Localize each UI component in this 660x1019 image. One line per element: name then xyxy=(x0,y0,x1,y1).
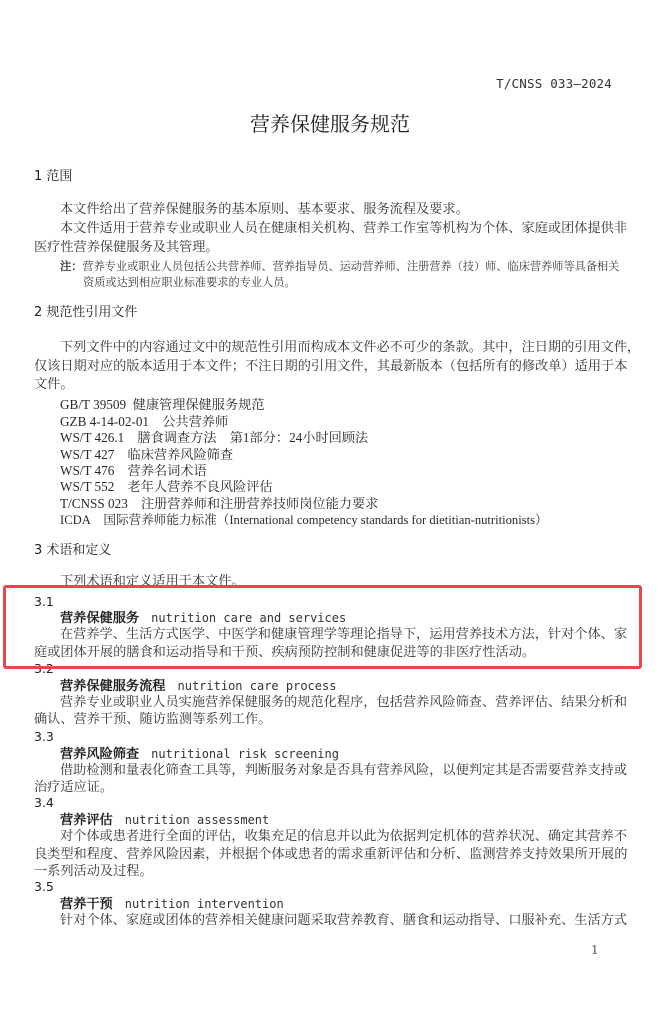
reference-item: GB/T 39509 健康管理保健服务规范 xyxy=(60,398,265,411)
reference-item: GZB 4-14-02-01 公共营养师 xyxy=(60,415,228,428)
term-english: nutrition intervention xyxy=(125,897,284,911)
reference-title: 健康管理保健服务规范 xyxy=(133,398,265,411)
paragraph-line: 医疗性营养保健服务及其管理。 xyxy=(34,241,219,254)
reference-item: ICDA 国际营养师能力标准（International competency … xyxy=(60,514,548,527)
reference-code: GZB 4-14-02-01 xyxy=(60,415,149,428)
paragraph-line: 下列术语和定义适用于本文件。 xyxy=(60,575,245,588)
definition-line: 针对个体、家庭或团体的营养相关健康问题采取营养教育、膳食和运动指导、口服补充、生… xyxy=(60,914,612,927)
reference-code: WS/T 476 xyxy=(60,464,114,477)
paragraph-line: 仅该日期对应的版本适用于本文件；不注日期的引用文件，其最新版本（包括所有的修改单… xyxy=(34,360,612,373)
note-line: 注：营养专业或职业人员包括公共营养师、营养指导员、运动营养师、注册营养（技）师、… xyxy=(60,261,619,272)
definition-line: 一系列活动及过程。 xyxy=(34,865,153,878)
term-number: 3.4 xyxy=(34,797,54,810)
definition-line: 营养专业或职业人员实施营养保健服务的规范化程序，包括营养风险筛查、营养评估、结果… xyxy=(60,696,612,709)
reference-title: 膳食调查方法 第1部分：24小时回顾法 xyxy=(137,431,368,444)
definition-line: 良类型和程度、营养风险因素，并根据个体或患者的需求重新评估和分析、监测营养支持效… xyxy=(34,848,612,861)
reference-code: WS/T 427 xyxy=(60,448,114,461)
paragraph-line: 本文件适用于营养专业或职业人员在健康相关机构、营养工作室等机构为个体、家庭或团体… xyxy=(60,222,612,235)
term-entry: 营养评估nutrition assessment xyxy=(60,814,269,827)
term-number: 3.3 xyxy=(34,731,54,744)
term-chinese: 营养干预 xyxy=(60,897,113,912)
reference-code: WS/T 552 xyxy=(60,480,114,493)
reference-code: WS/T 426.1 xyxy=(60,431,124,444)
term-chinese: 营养保健服务流程 xyxy=(60,679,166,694)
definition-line: 在营养学、生活方式医学、中医学和健康管理学等理论指导下，运用营养技术方法，针对个… xyxy=(60,628,612,641)
term-chinese: 营养保健服务 xyxy=(60,611,139,626)
reference-item: WS/T 426.1 膳食调查方法 第1部分：24小时回顾法 xyxy=(60,431,368,444)
term-english: nutrition care and services xyxy=(151,611,346,625)
reference-title: 注册营养师和注册营养技师岗位能力要求 xyxy=(141,497,378,510)
reference-item: WS/T 476 营养名词术语 xyxy=(60,464,207,477)
section-heading-terms-and-definitions: 3 术语和定义 xyxy=(34,544,111,557)
term-english: nutrition care process xyxy=(178,679,337,693)
section-heading-scope: 1 范围 xyxy=(34,170,72,183)
term-entry: 营养风险筛查nutritional risk screening xyxy=(60,748,339,761)
note-line: 资质或达到相应职业标准要求的专业人员。 xyxy=(83,277,296,288)
note-text: 营养专业或职业人员包括公共营养师、营养指导员、运动营养师、注册营养（技）师、临床… xyxy=(82,260,619,273)
reference-item: WS/T 427 临床营养风险筛查 xyxy=(60,448,233,461)
reference-title: 营养名词术语 xyxy=(128,464,207,477)
definition-line: 治疗适应证。 xyxy=(34,781,113,794)
reference-title: 临床营养风险筛查 xyxy=(128,448,234,461)
paragraph-line: 本文件给出了营养保健服务的基本原则、基本要求、服务流程及要求。 xyxy=(60,203,469,216)
term-entry: 营养保健服务流程nutrition care process xyxy=(60,680,336,693)
reference-code: T/CNSS 023 xyxy=(60,497,128,510)
term-english: nutritional risk screening xyxy=(151,747,339,761)
term-entry: 营养保健服务nutrition care and services xyxy=(60,612,346,625)
term-english: nutrition assessment xyxy=(125,813,270,827)
reference-item: WS/T 552 老年人营养不良风险评估 xyxy=(60,480,273,493)
term-entry: 营养干预nutrition intervention xyxy=(60,898,284,911)
reference-title: 国际营养师能力标准（International competency stand… xyxy=(103,514,547,527)
standard-code: T/CNSS 033—2024 xyxy=(496,78,612,91)
section-heading-normative-references: 2 规范性引用文件 xyxy=(34,306,137,319)
reference-code: GB/T 39509 xyxy=(60,398,126,411)
definition-line: 庭或团体开展的膳食和运动指导和干预、疾病预防控制和健康促进等的非医疗性活动。 xyxy=(34,646,535,659)
reference-item: T/CNSS 023 注册营养师和注册营养技师岗位能力要求 xyxy=(60,497,378,510)
paragraph-line: 下列文件中的内容通过文中的规范性引用而构成本文件必不可少的条款。其中，注日期的引… xyxy=(60,341,612,354)
reference-code: ICDA xyxy=(60,514,91,527)
reference-title: 老年人营养不良风险评估 xyxy=(128,480,273,493)
definition-line: 确认、营养干预、随访监测等系列工作。 xyxy=(34,713,271,726)
term-number: 3.1 xyxy=(34,596,54,609)
term-chinese: 营养风险筛查 xyxy=(60,747,139,762)
page-number: 1 xyxy=(591,944,599,956)
term-number: 3.5 xyxy=(34,881,54,894)
term-chinese: 营养评估 xyxy=(60,813,113,828)
definition-line: 对个体或患者进行全面的评估，收集充足的信息并以此为依据判定机体的营养状况、确定其… xyxy=(60,830,612,843)
term-number: 3.2 xyxy=(34,663,54,676)
page-title: 营养保健服务规范 xyxy=(0,114,660,134)
definition-line: 借助检测和量表化筛查工具等，判断服务对象是否具有营养风险，以便判定其是否需要营养… xyxy=(60,764,612,777)
reference-title: 公共营养师 xyxy=(162,415,228,428)
paragraph-line: 文件。 xyxy=(34,378,74,391)
note-label: 注： xyxy=(60,259,82,273)
